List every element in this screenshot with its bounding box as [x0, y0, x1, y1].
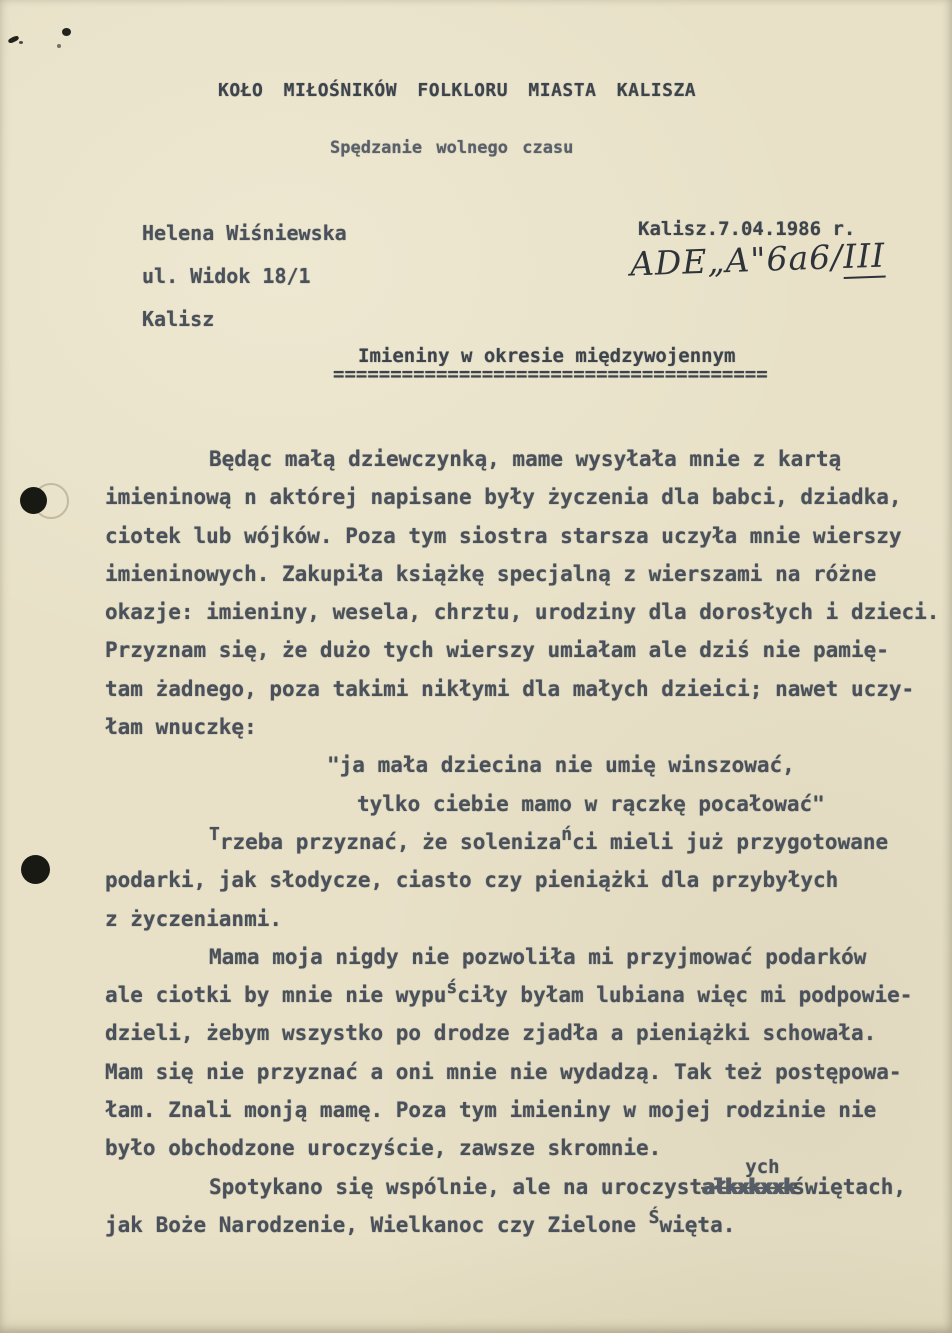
- text-segment: ciły byłam lubiana więc mi podpowie-: [457, 976, 912, 1014]
- body-line: ale ciotki by mnie nie wypuściły byłam l…: [105, 976, 951, 1014]
- text-segment: podarki, jak słodycze, ciasto czy pienią…: [105, 861, 838, 899]
- body-line: imieninowych. Zakupiła książkę specjalną…: [105, 555, 951, 593]
- body-line: tam żadnego, poza takimi nikłymi dla mał…: [105, 670, 951, 708]
- body-line: tylko ciebie mamo w rączkę pocałować": [105, 785, 951, 823]
- body-line: Mam się nie przyznać a oni mnie nie wyda…: [105, 1053, 951, 1091]
- body-line: z życzenianmi.: [105, 900, 951, 938]
- body-line: Będąc małą dziewczynką, mame wysyłała mn…: [105, 440, 951, 478]
- body-line: Trzeba przyznać, że solenizańci mieli ju…: [105, 823, 951, 861]
- body-line: łam. Znali monją mamę. Poza tym imieniny…: [105, 1091, 951, 1129]
- text-segment: świętach,: [780, 1168, 906, 1206]
- body-line: "ja mała dziecina nie umię winszować,: [105, 746, 951, 784]
- text-segment: łam. Znali monją mamę. Poza tym imieniny…: [105, 1091, 876, 1129]
- body-line: Spotykano się wspólnie, ale na uroczysta…: [105, 1168, 951, 1206]
- typed-correction-above: ych: [745, 1148, 779, 1186]
- raised-character: Ś: [649, 1199, 660, 1237]
- body-line: łam wnuczkę:: [105, 708, 951, 746]
- body-line: imieninową n aktórej napisane były życze…: [105, 478, 951, 516]
- text-segment: okazje: imieniny, wesela, chrztu, urodzi…: [105, 593, 939, 631]
- sender-city: Kalisz: [142, 298, 347, 341]
- text-segment: jak Boże Narodzenie, Wielkanoc czy Zielo…: [105, 1206, 649, 1244]
- hole-punch-bottom: [21, 855, 50, 884]
- scanned-document-page: KOŁO MIŁOŚNIKÓW FOLKLORU MIASTA KALISZA …: [0, 0, 952, 1333]
- text-segment: Spotykano się wspólnie, ale na uroczyst: [209, 1168, 702, 1206]
- archival-note-roman: III: [843, 236, 887, 279]
- archival-note-main: ADE„A"6a6/: [629, 237, 844, 283]
- text-segment: tylko ciebie mamo w rączkę pocałować": [357, 785, 825, 823]
- series-subtitle: Spędzanie wolnego czasu: [330, 138, 573, 158]
- text-segment: łam wnuczkę:: [105, 708, 257, 746]
- text-segment: "ja mała dziecina nie umię winszować,: [327, 746, 795, 784]
- body-line: dzieli, żebym wszystko po drodze zjadła …: [105, 1014, 951, 1052]
- ink-speck: [19, 41, 23, 44]
- body-line: Przyznam się, że dużo tych wierszy umiał…: [105, 631, 951, 669]
- sender-block: Helena Wiśniewska ul. Widok 18/1 Kalisz: [142, 212, 347, 341]
- organization-title: KOŁO MIŁOŚNIKÓW FOLKLORU MIASTA KALISZA: [218, 80, 696, 101]
- raised-character: T: [209, 816, 220, 854]
- hole-punch-top: [20, 487, 47, 514]
- ink-speck: [57, 44, 61, 48]
- sender-street: ul. Widok 18/1: [142, 255, 347, 298]
- text-segment: rzeba przyznać, że soleniza: [220, 823, 561, 861]
- title-underline: ======================================: [333, 363, 768, 385]
- body-line: Mama moja nigdy nie pozwoliła mi przyjmo…: [105, 938, 951, 976]
- text-segment: Mam się nie przyznać a oni mnie nie wyda…: [105, 1053, 902, 1091]
- text-segment: Będąc małą dziewczynką, mame wysyłała mn…: [209, 440, 841, 478]
- text-segment: więta.: [660, 1206, 736, 1244]
- text-segment: ciotek lub wójków. Poza tym siostra star…: [105, 517, 902, 555]
- text-segment: dzieli, żebym wszystko po drodze zjadła …: [105, 1014, 876, 1052]
- body-line: ciotek lub wójków. Poza tym siostra star…: [105, 517, 951, 555]
- body-line: jak Boże Narodzenie, Wielkanoc czy Zielo…: [105, 1206, 951, 1244]
- body-text: Będąc małą dziewczynką, mame wysyłała mn…: [105, 440, 951, 1244]
- ink-speck: [7, 35, 19, 44]
- text-segment: ci mieli już przygotowane: [572, 823, 888, 861]
- body-line: podarki, jak słodycze, ciasto czy pienią…: [105, 861, 951, 899]
- text-segment: ale ciotki by mnie nie wypu: [105, 976, 446, 1014]
- text-segment: Przyznam się, że dużo tych wierszy umiał…: [105, 631, 889, 669]
- text-segment: z życzenianmi.: [105, 900, 282, 938]
- body-line: okazje: imieniny, wesela, chrztu, urodzi…: [105, 593, 951, 631]
- text-segment: było obchodzone uroczyście, zawsze skrom…: [105, 1129, 661, 1167]
- sender-name: Helena Wiśniewska: [142, 212, 347, 255]
- text-segment: tam żadnego, poza takimi nikłymi dla mał…: [105, 670, 914, 708]
- text-segment: Mama moja nigdy nie pozwoliła mi przyjmo…: [209, 938, 866, 976]
- raised-character: ń: [561, 816, 572, 854]
- raised-character: ś: [446, 969, 457, 1007]
- text-segment: imieninowych. Zakupiła książkę specjalną…: [105, 555, 876, 593]
- handwritten-archival-note: ADE„A"6a6/III: [629, 236, 886, 284]
- text-segment: imieninową n aktórej napisane były życze…: [105, 478, 902, 516]
- body-line: było obchodzone uroczyście, zawsze skrom…: [105, 1129, 951, 1167]
- ink-speck: [62, 28, 71, 36]
